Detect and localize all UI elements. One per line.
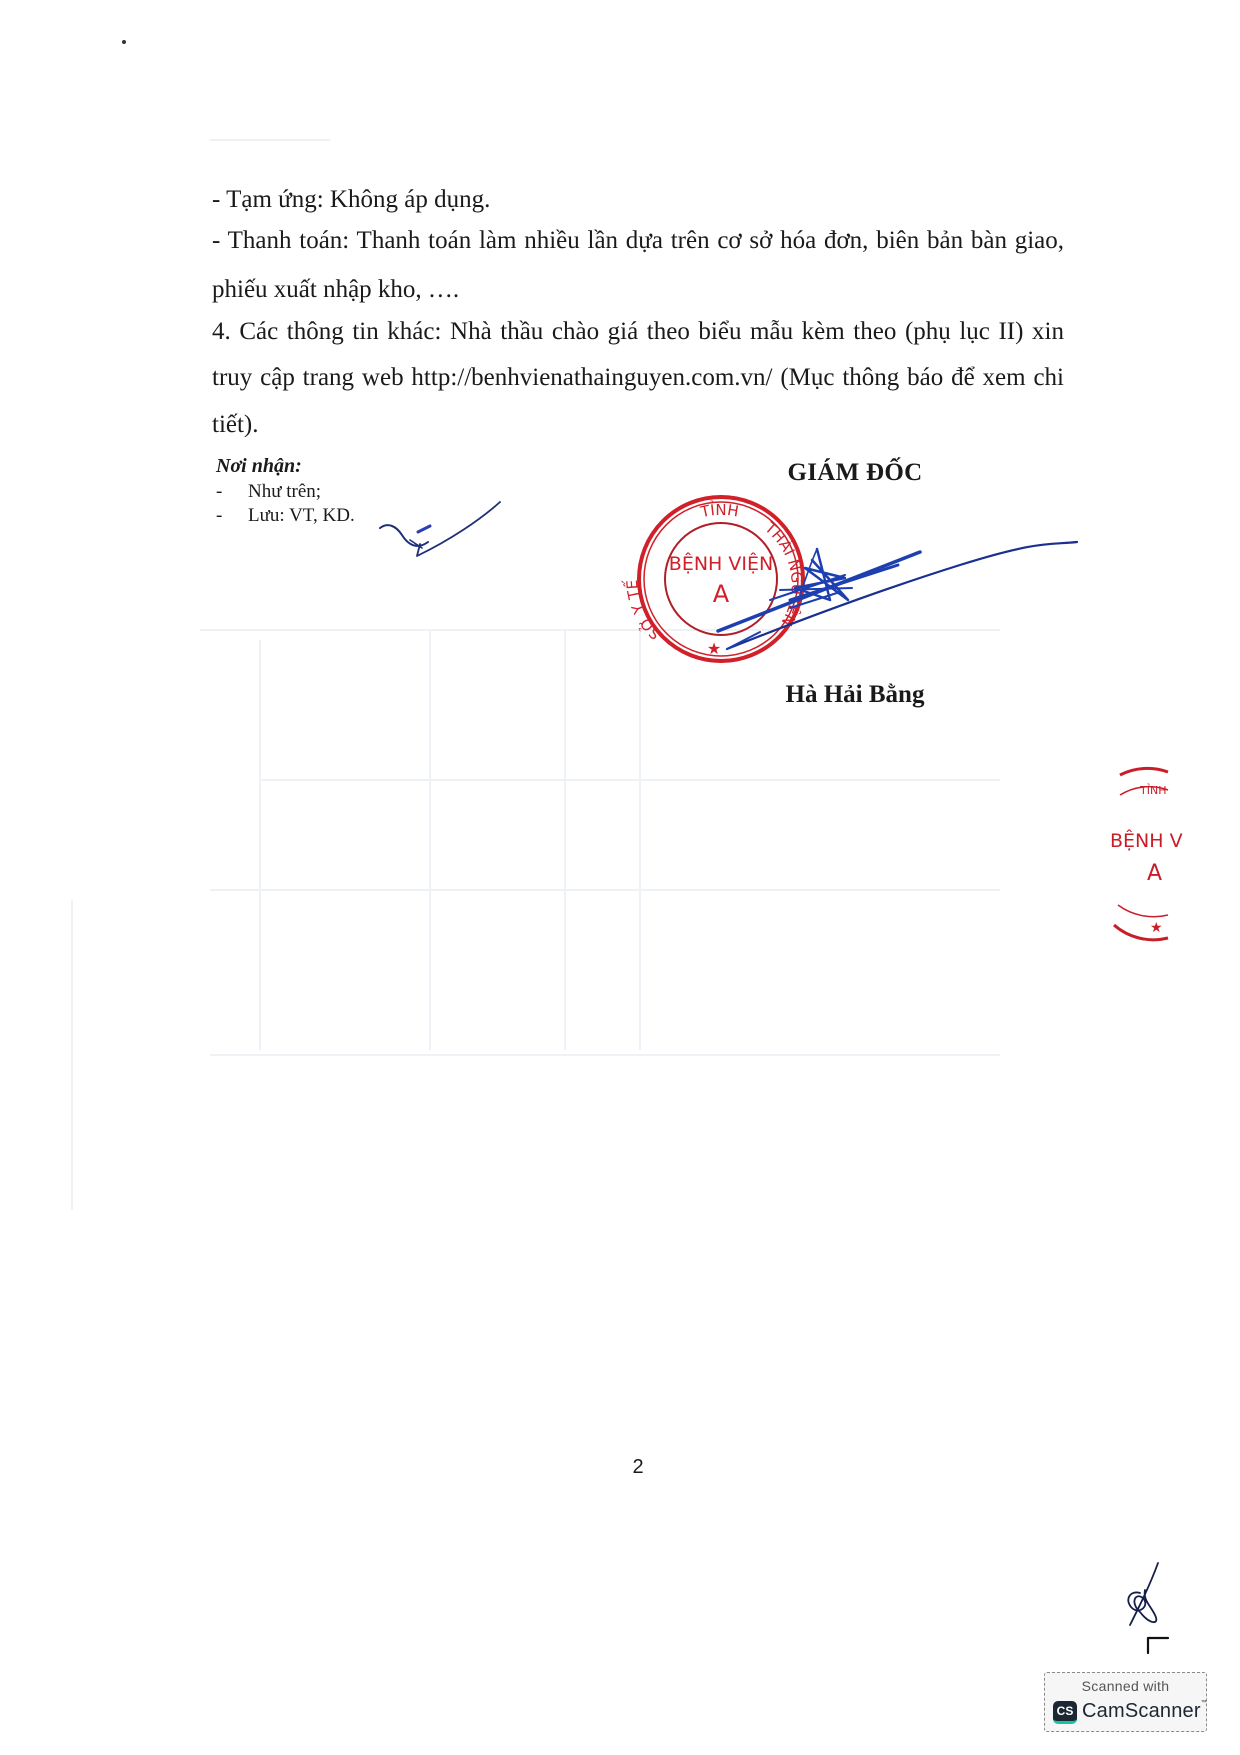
svg-text:★: ★ bbox=[1150, 920, 1163, 936]
document-page: - Tạm ứng: Không áp dụng. - Thanh toán: … bbox=[0, 0, 1240, 1755]
signer-name: Hà Hải Bằng bbox=[760, 680, 950, 710]
stamp-center-line-2: A bbox=[713, 580, 730, 608]
stamp-outer-top: TỈNH bbox=[698, 499, 740, 521]
recipient-text: Như trên; bbox=[248, 481, 321, 502]
svg-text:SỞ Y TẾ: SỞ Y TẾ bbox=[620, 579, 665, 643]
other-info-line-1: 4. Các thông tin khác: Nhà thầu chào giá… bbox=[212, 317, 1064, 347]
svg-text:A: A bbox=[1147, 861, 1162, 886]
recipient-item: -Lưu: VT, KD. bbox=[216, 505, 355, 527]
ink-overlay: SỞ Y TẾ TỈNH THÁI NGUYÊN BỆNH VIỆN A ★ bbox=[0, 0, 1240, 1755]
director-signature bbox=[718, 542, 1077, 649]
other-info-line-2: truy cập trang web http://benhvienathain… bbox=[212, 363, 1064, 393]
payment-terms-line-1: - Thanh toán: Thanh toán làm nhiều lần d… bbox=[212, 226, 1064, 256]
camscanner-watermark: Scanned with CS CamScanner™ bbox=[1044, 1672, 1207, 1732]
svg-text:THÁI NGUYÊN: THÁI NGUYÊN bbox=[761, 518, 806, 629]
advance-payment-line: - Tạm ứng: Không áp dụng. bbox=[212, 185, 1064, 215]
svg-text:TỈNH: TỈNH bbox=[1139, 783, 1166, 797]
stamp-outer-right: THÁI NGUYÊN bbox=[761, 518, 806, 629]
stamp-center-line-1: BỆNH VIỆN bbox=[669, 552, 773, 575]
scanned-with-caption: Scanned with bbox=[1045, 1678, 1206, 1694]
other-info-line-3: tiết). bbox=[212, 410, 1064, 440]
hospital-stamp bbox=[639, 497, 803, 661]
camscanner-brand-text: CamScanner bbox=[1082, 1700, 1201, 1722]
recipient-initial-signature bbox=[380, 502, 500, 556]
trademark-symbol: ™ bbox=[1201, 1700, 1207, 1706]
page-initial-signature bbox=[1128, 1563, 1168, 1653]
stamp-outer-left: SỞ Y TẾ bbox=[620, 579, 665, 643]
signer-position-title: GIÁM ĐỐC bbox=[760, 458, 950, 488]
recipient-item: -Như trên; bbox=[216, 481, 321, 503]
page-number: 2 bbox=[620, 1455, 656, 1479]
camscanner-logo-icon: CS bbox=[1053, 1701, 1077, 1724]
recipient-bullet: - bbox=[216, 481, 248, 503]
show-through-background bbox=[0, 0, 1240, 1755]
stamp-star-icon: ★ bbox=[707, 639, 721, 658]
svg-text:TỈNH: TỈNH bbox=[698, 499, 740, 521]
camscanner-brand: CamScanner™ bbox=[1082, 1700, 1207, 1723]
recipients-title: Nơi nhận: bbox=[216, 454, 302, 478]
svg-text:BỆNH V: BỆNH V bbox=[1110, 829, 1183, 852]
stamp-text: SỞ Y TẾ TỈNH THÁI NGUYÊN BỆNH VIỆN A ★ bbox=[620, 499, 806, 658]
edge-stamp-fragment: TỈNH BỆNH V A ★ bbox=[1110, 768, 1183, 939]
recipient-bullet: - bbox=[216, 505, 248, 527]
recipient-text: Lưu: VT, KD. bbox=[248, 505, 355, 526]
payment-terms-line-2: phiếu xuất nhập kho, …. bbox=[212, 275, 1064, 305]
